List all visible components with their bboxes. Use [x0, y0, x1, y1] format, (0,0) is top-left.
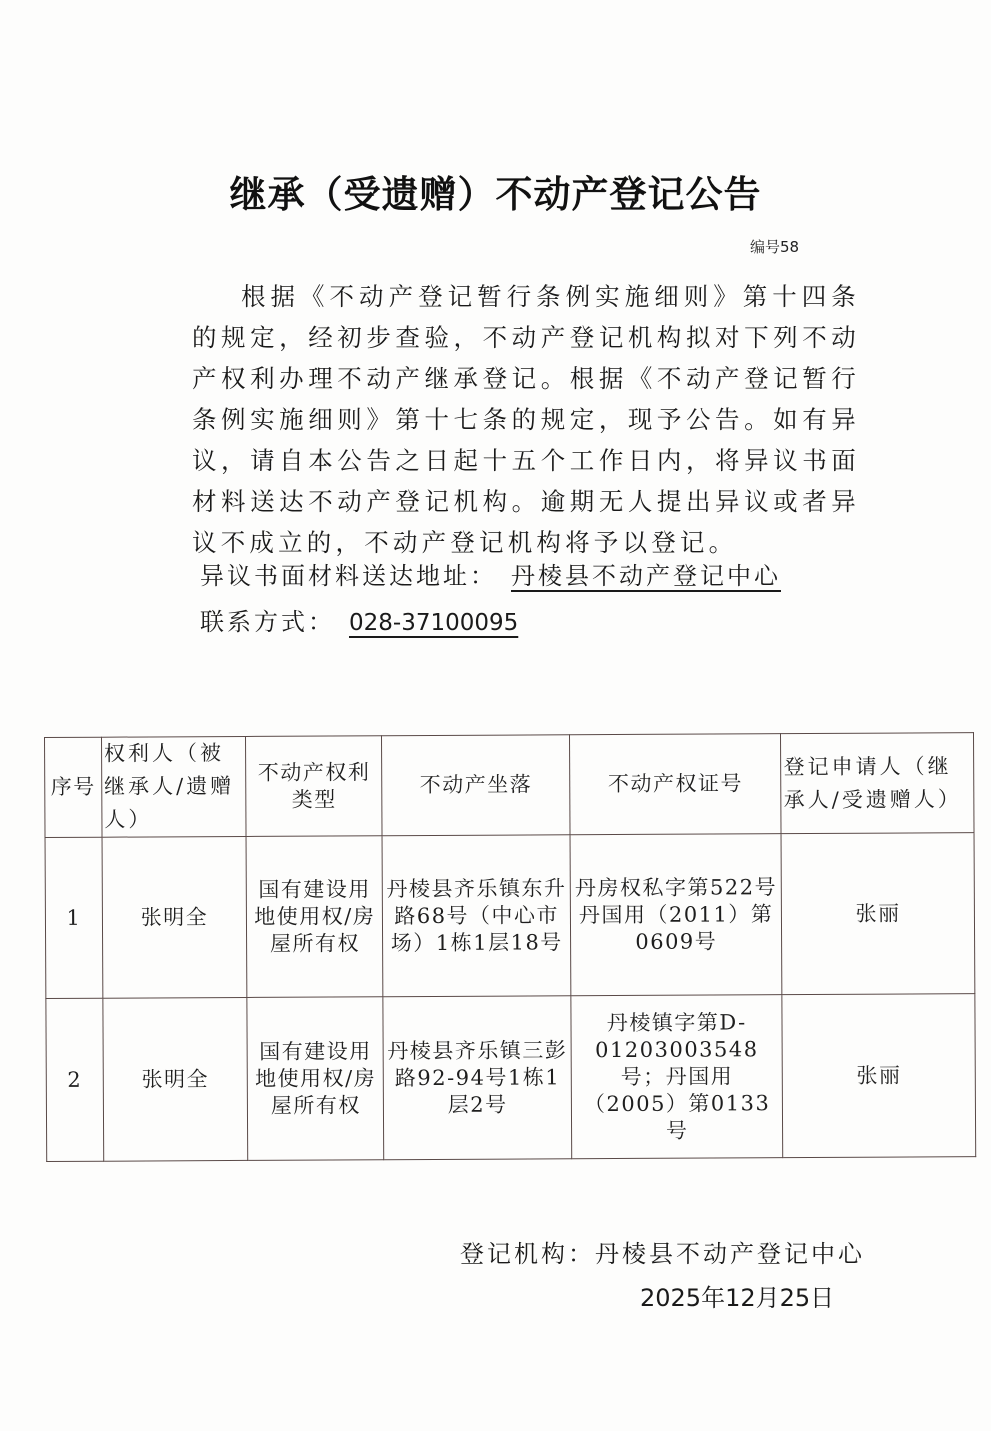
contact-line: 联系方式：028-37100095 [200, 602, 518, 637]
notice-body: 根据《不动产登记暂行条例实施细则》第十四条的规定，经初步查验，不动产登记机构拟对… [192, 276, 860, 563]
contact-phone: 028-37100095 [349, 610, 518, 636]
cell-location: 丹棱县齐乐镇三彭路92-94号1栋1层2号 [383, 996, 571, 1160]
header-right-holder: 权利人（被继承人/遗赠人） [101, 736, 246, 837]
cell-right-holder: 张明全 [102, 836, 247, 998]
cell-certificate-no: 丹房权私字第522号 丹国用（2011）第0609号 [570, 834, 782, 996]
cell-serial-no: 2 [46, 998, 104, 1161]
cell-certificate-no: 丹棱镇字第D-01203003548号；丹国用（2005）第0133号 [571, 995, 783, 1159]
notice-title: 继承（受遗赠）不动产登记公告 [0, 164, 991, 218]
cell-serial-no: 1 [45, 837, 103, 998]
table-header-row: 序号 权利人（被继承人/遗赠人） 不动产权利类型 不动产坐落 不动产权证号 登记… [45, 733, 975, 838]
authority-name: 丹棱县不动产登记中心 [595, 1240, 865, 1268]
cell-applicant: 张丽 [782, 994, 975, 1158]
cell-right-holder: 张明全 [103, 997, 248, 1161]
objection-address-line: 异议书面材料送达地址：丹棱县不动产登记中心 [200, 556, 781, 591]
header-applicant: 登记申请人（继承人/受遗赠人） [781, 733, 974, 834]
header-right-type: 不动产权利类型 [246, 736, 383, 837]
header-location: 不动产坐落 [382, 735, 570, 836]
registration-authority: 登记机构：丹棱县不动产登记中心 [460, 1234, 865, 1269]
objection-address-value: 丹棱县不动产登记中心 [511, 562, 781, 590]
cell-right-type: 国有建设用地使用权/房屋所有权 [247, 997, 384, 1161]
objection-address-label: 异议书面材料送达地址： [200, 562, 497, 590]
document-number: 编号58 [750, 236, 799, 257]
cell-location: 丹棱县齐乐镇东升路68号（中心市场）1栋1层18号 [382, 835, 570, 997]
notice-page: 继承（受遗赠）不动产登记公告 编号58 根据《不动产登记暂行条例实施细则》第十四… [0, 0, 991, 1431]
table-row: 1 张明全 国有建设用地使用权/房屋所有权 丹棱县齐乐镇东升路68号（中心市场）… [45, 833, 975, 999]
table-row: 2 张明全 国有建设用地使用权/房屋所有权 丹棱县齐乐镇三彭路92-94号1栋1… [46, 994, 976, 1162]
cell-right-type: 国有建设用地使用权/房屋所有权 [246, 836, 383, 998]
header-serial-no: 序号 [45, 737, 102, 837]
header-certificate-no: 不动产权证号 [570, 734, 782, 835]
authority-label: 登记机构： [460, 1240, 595, 1268]
cell-applicant: 张丽 [781, 833, 974, 995]
notice-date: 2025年12月25日 [640, 1278, 834, 1313]
contact-label: 联系方式： [200, 608, 335, 636]
registration-table: 序号 权利人（被继承人/遗赠人） 不动产权利类型 不动产坐落 不动产权证号 登记… [44, 732, 976, 1162]
